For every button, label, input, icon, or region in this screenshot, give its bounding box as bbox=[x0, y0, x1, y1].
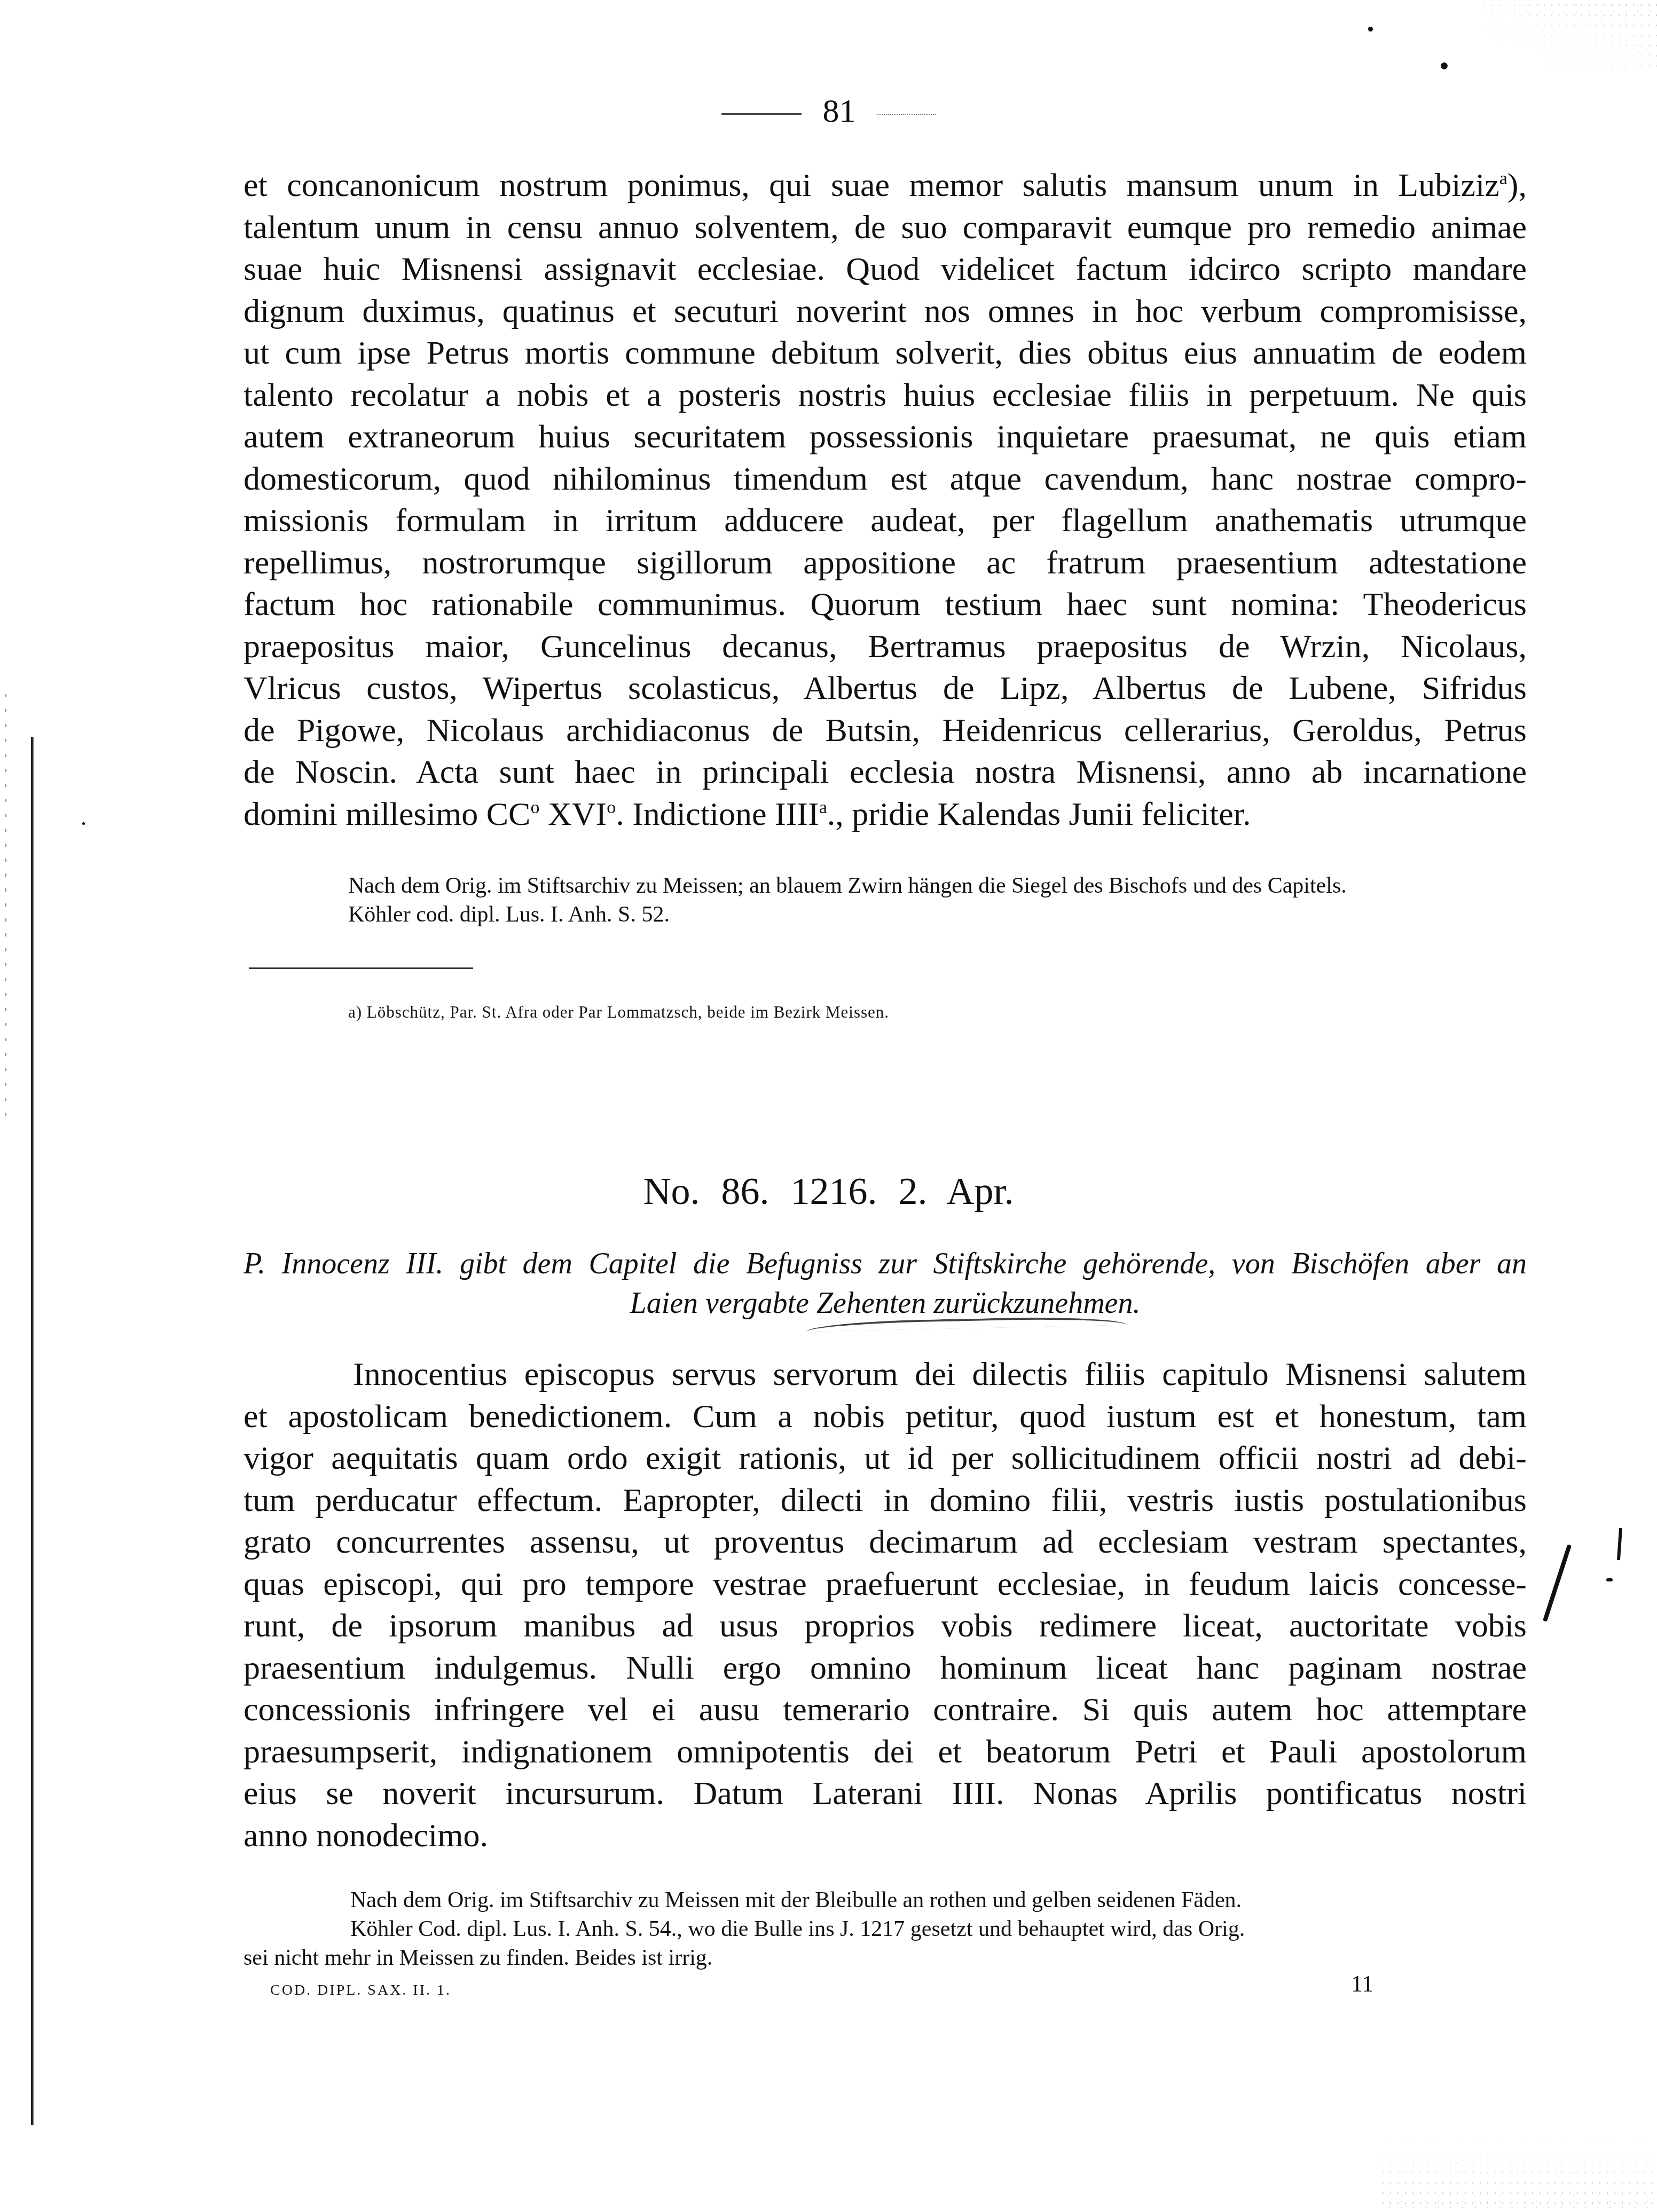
text-line: praesumpserit, indignationem omnipotenti… bbox=[244, 1731, 1527, 1773]
scan-binding-edge-faint bbox=[5, 694, 6, 1121]
text-line: anno nonodecimo. bbox=[244, 1815, 1527, 1857]
scan-noise-bottom-right bbox=[1379, 2137, 1657, 2212]
text-line: runt, de ipsorum manibus ad usus proprio… bbox=[244, 1605, 1527, 1647]
text-line: suae huic Misnensi assignavit ecclesiae.… bbox=[244, 248, 1527, 290]
ink-speck bbox=[1368, 27, 1373, 32]
source-note-86: Nach dem Orig. im Stiftsarchiv zu Meisse… bbox=[244, 1886, 1527, 1972]
text-line: praesentium indulgemus. Nulli ergo omnin… bbox=[244, 1647, 1527, 1689]
scan-noise-top-right bbox=[1481, 0, 1657, 75]
source-note-line: Nach dem Orig. im Stiftsarchiv zu Meisse… bbox=[244, 1886, 1527, 1915]
dating-part: XVI bbox=[539, 796, 607, 832]
printer-signature: COD. DIPL. SAX. II. 1. bbox=[270, 1982, 451, 1999]
ordinal-superscript: o bbox=[530, 798, 539, 817]
source-note-line: Köhler Cod. dipl. Lus. I. Anh. S. 54., w… bbox=[244, 1915, 1527, 1943]
page-header: 81 bbox=[0, 90, 1657, 132]
text-line: Innocentius episcopus servus servorum de… bbox=[244, 1353, 1527, 1396]
text-line: tum perducatur effectum. Eapropter, dile… bbox=[244, 1479, 1527, 1522]
regest-line: Laien vergabte Zehenten zurückzunehmen. bbox=[244, 1284, 1527, 1323]
handwritten-margin-dot bbox=[1606, 1578, 1613, 1581]
dating-part: . Indictione IIII bbox=[616, 796, 819, 832]
text-line: factum hoc rationabile communimus. Quoru… bbox=[244, 584, 1527, 626]
ordinal-superscript: o bbox=[607, 798, 616, 817]
handwritten-margin-bar bbox=[1617, 1528, 1622, 1560]
charter-text-continuation: et concanonicum nostrum ponimus, qui sua… bbox=[244, 164, 1527, 835]
document-heading: No. 86. 1216. 2. Apr. bbox=[0, 1167, 1657, 1215]
text-line: et concanonicum nostrum ponimus, qui sua… bbox=[244, 164, 1527, 207]
ink-speck bbox=[82, 822, 85, 825]
header-rule-right bbox=[877, 114, 936, 115]
sheet-number: 11 bbox=[1351, 1970, 1373, 1997]
text-line: missionis formulam in irritum adducere a… bbox=[244, 500, 1527, 542]
text-line: praepositus maior, Guncelinus decanus, B… bbox=[244, 626, 1527, 668]
footnote-divider bbox=[249, 967, 473, 969]
source-note-line: Köhler cod. dipl. Lus. I. Anh. S. 52. bbox=[348, 900, 1347, 929]
text-line: de Pigowe, Nicolaus archidiaconus de But… bbox=[244, 710, 1527, 752]
document-page: 81 et concanonicum nostrum ponimus, qui … bbox=[0, 0, 1657, 2212]
text-line: ut cum ipse Petrus mortis commune debitu… bbox=[244, 332, 1527, 374]
text-line-dating: domini millesimo CCo XVIo. Indictione II… bbox=[244, 793, 1527, 836]
page-number: 81 bbox=[823, 93, 856, 129]
ink-speck bbox=[1441, 62, 1448, 69]
footnote-marker[interactable]: a bbox=[1499, 169, 1507, 188]
source-note: Nach dem Orig. im Stiftsarchiv zu Meisse… bbox=[348, 871, 1347, 929]
header-rule-left bbox=[721, 113, 802, 115]
dating-part: domini millesimo CC bbox=[244, 796, 530, 832]
charter-text-86: Innocentius episcopus servus servorum de… bbox=[244, 1353, 1527, 1856]
source-note-line: Nach dem Orig. im Stiftsarchiv zu Meisse… bbox=[348, 871, 1347, 900]
ordinal-superscript: a bbox=[819, 798, 827, 817]
text-line: repellimus, nostrorumque sigillorum appo… bbox=[244, 542, 1527, 584]
text-line: grato concurrentes assensu, ut proventus… bbox=[244, 1521, 1527, 1563]
text-line: eius se noverit incursurum. Datum Latera… bbox=[244, 1773, 1527, 1815]
text-line: autem extraneorum huius securitatem poss… bbox=[244, 416, 1527, 458]
text-line: domesticorum, quod nihilominus timendum … bbox=[244, 458, 1527, 500]
text-line: vigor aequitatis quam ordo exigit ration… bbox=[244, 1437, 1527, 1479]
text-line: de Noscin. Acta sunt haec in principali … bbox=[244, 751, 1527, 793]
footnote-a: a) Löbschütz, Par. St. Afra oder Par Lom… bbox=[348, 1002, 889, 1023]
text-line-content: et concanonicum nostrum ponimus, qui sua… bbox=[244, 167, 1499, 203]
text-line-tail: ), bbox=[1507, 167, 1527, 203]
text-line: talentum unum in censu annuo solventem, … bbox=[244, 207, 1527, 249]
handwritten-margin-stroke bbox=[1543, 1544, 1572, 1621]
text-line: dignum duximus, quatinus et secuturi nov… bbox=[244, 290, 1527, 333]
scan-binding-edge bbox=[31, 737, 34, 2125]
text-line: et apostolicam benedictionem. Cum a nobi… bbox=[244, 1396, 1527, 1438]
regest-line: P. Innocenz III. gibt dem Capitel die Be… bbox=[244, 1244, 1527, 1284]
regest-summary: P. Innocenz III. gibt dem Capitel die Be… bbox=[244, 1244, 1527, 1323]
text-line: talento recolatur a nobis et a posteris … bbox=[244, 374, 1527, 416]
text-line: Vlricus custos, Wipertus scolasticus, Al… bbox=[244, 667, 1527, 710]
source-note-line: sei nicht mehr in Meissen zu finden. Bei… bbox=[244, 1943, 1527, 1972]
text-line: concessionis infringere vel ei ausu teme… bbox=[244, 1689, 1527, 1731]
text-line: quas episcopi, qui pro tempore vestrae p… bbox=[244, 1563, 1527, 1605]
dating-part: ., pridie Kalendas Junii feliciter. bbox=[827, 796, 1251, 832]
